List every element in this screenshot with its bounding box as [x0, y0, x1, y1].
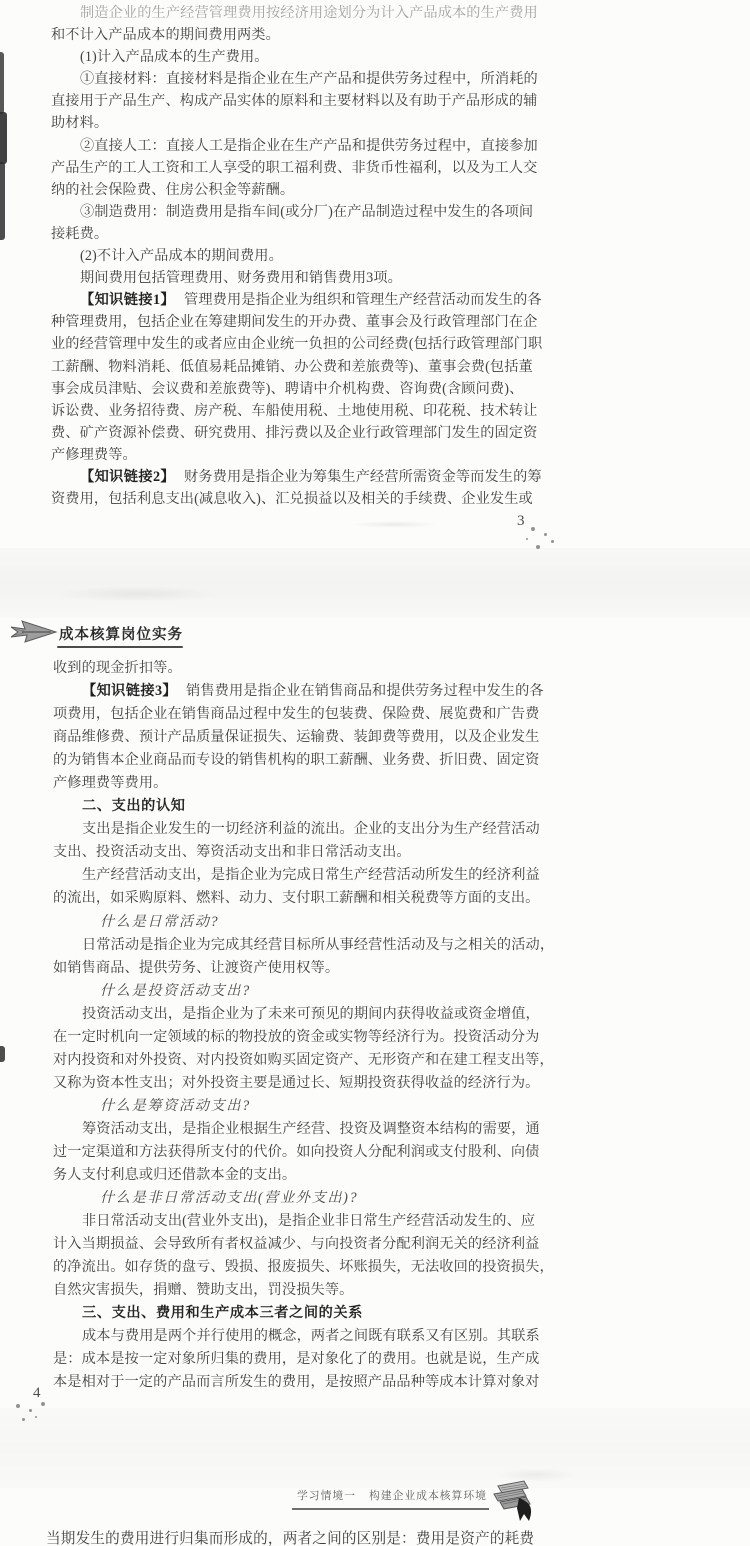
text-line: 的为销售本企业商品而专设的销售机构的职工薪酬、业务费、折旧费、固定资 [53, 749, 554, 772]
text-line: 投资活动支出，是指企业为了未来可预见的期间内获得收益或资金增值， [82, 1003, 554, 1026]
scan-edge-artifact [0, 52, 4, 114]
text-line: 项费用，包括企业在销售商品过程中发生的包装费、保险费、展览费和广告费 [53, 703, 554, 726]
text-line: 是：成本是按一定对象所归集的费用，是对象化了的费用。也就是说，生产成 [53, 1348, 554, 1371]
scan-smudge [52, 586, 222, 602]
scan-edge-artifact [0, 162, 5, 240]
page-4-text-block: 收到的现金折扣等。【知识链接3】销售费用是指企业在销售商品和提供劳务过程中发生的… [53, 657, 554, 1395]
page-3-text-block: 制造企业的生产经营管理费用按经济用途划分为计入产品成本的生产费用和不计入产品成本… [51, 2, 542, 510]
scan-smudge [350, 521, 438, 528]
scan-speckle [551, 540, 554, 543]
text-line: 和不计入产品成本的期间费用两类。 [51, 24, 542, 46]
scan-shadow-band [0, 548, 750, 618]
text-line: 制造企业的生产经营管理费用按经济用途划分为计入产品成本的生产费用 [80, 2, 542, 24]
text-line: 又称为资本性支出；对外投资主要是通过长、短期投资获得收益的经济行为。 [53, 1072, 554, 1095]
scan-speckle [531, 527, 535, 531]
text-line: 什么是筹资活动支出? [100, 1095, 554, 1118]
chapter-header-text: 学习情境一构建企业成本核算环境 [297, 1488, 487, 1503]
text-line: 产修理费等费用。 [53, 772, 554, 795]
text-line: 期间费用包括管理费用、财务费用和销售费用3项。 [80, 267, 542, 289]
scan-speckle [544, 533, 547, 536]
text-line: 收到的现金折扣等。 [53, 657, 554, 680]
text-line: 在一定时机向一定领域的标的物投放的资金或实物等经济行为。投资活动分为 [53, 1026, 554, 1049]
text-line: 三、支出、费用和生产成本三者之间的关系 [82, 1302, 554, 1325]
running-header-title: 成本核算岗位实务 [59, 623, 183, 644]
text-line: 的流出，如采购原料、燃料、动力、支付职工薪酬和相关税费等方面的支出。 [53, 887, 554, 910]
scan-speckle [29, 1409, 32, 1412]
scan-speckle [22, 1418, 25, 1421]
text-line: 本是相对于一定的产品而言所发生的费用，是按照产品品种等成本计算对象对 [53, 1371, 554, 1394]
text-line: 什么是投资活动支出? [100, 980, 554, 1003]
scan-speckle [41, 1402, 45, 1406]
page-number-3: 3 [517, 513, 525, 530]
text-line: ②直接人工：直接人工是指企业在生产产品和提供劳务过程中，直接参加 [80, 135, 542, 157]
text-line: 接耗费。 [51, 223, 542, 245]
scanned-book-page: 制造企业的生产经营管理费用按经济用途划分为计入产品成本的生产费用和不计入产品成本… [0, 0, 750, 1546]
text-line: ③制造费用：制造费用是指车间(或分厂)在产品制造过程中发生的各项间 [80, 201, 542, 223]
text-line: 日常活动是指企业为完成其经营目标所从事经营性活动及与之相关的活动， [82, 934, 554, 957]
text-line: 【知识链接3】销售费用是指企业在销售商品和提供劳务过程中发生的各 [82, 680, 554, 703]
scan-speckle [35, 1416, 37, 1418]
text-line: 的净流出。如存货的盘亏、毁损、报废损失、坏账损失，无法收回的投资损失， [53, 1256, 554, 1279]
text-line: 诉讼费、业务招待费、房产税、车船使用税、土地使用税、印花税、技术转让 [51, 400, 542, 422]
text-line: 计入当期损益、会导致所有者权益减少、与向投资者分配利润无关的经济利益 [53, 1233, 554, 1256]
text-line: 自然灾害损失，捐赠、赞助支出，罚没损失等。 [53, 1279, 554, 1302]
text-line: 非日常活动支出(营业外支出)，是指企业非日常生产经营活动发生的、应 [82, 1210, 554, 1233]
text-line: 过一定渠道和方法获得所支付的代价。如向投资人分配利润或支付股利、向债 [53, 1141, 554, 1164]
text-line: 如销售商品、提供劳务、让渡资产使用权等。 [53, 957, 554, 980]
text-line: (2)不计入产品成本的期间费用。 [80, 245, 542, 267]
chapter-title: 构建企业成本核算环境 [369, 1490, 487, 1502]
scan-edge-artifact [0, 1046, 5, 1062]
scan-speckle [16, 1404, 20, 1408]
chapter-header-underline [292, 1508, 489, 1510]
text-line: 纳的社会保险费、住房公积金等薪酬。 [51, 179, 542, 201]
text-line: 产品生产的工人工资和工人享受的职工福利费、非货币性福利，以及为工人交 [51, 157, 542, 179]
text-line: 对内投资和对外投资、对内投资如购买固定资产、无形资产和在建工程支出等， [53, 1049, 554, 1072]
scan-speckle [536, 545, 540, 549]
knowledge-link-label: 【知识链接2】 [80, 469, 175, 485]
text-line: 支出、投资活动支出、筹资活动支出和非日常活动支出。 [53, 841, 554, 864]
knowledge-link-label: 【知识链接3】 [82, 683, 177, 699]
text-line: 助材料。 [51, 112, 542, 134]
scan-shadow-band [0, 1408, 750, 1488]
text-line: 商品维修费、预计产品质量保证损失、运输费、装卸费等费用，以及企业发生 [53, 726, 554, 749]
text-line: 产修理费等。 [51, 444, 542, 466]
text-line: 筹资活动支出，是指企业根据生产经营、投资及调整资本结构的需要，通 [82, 1118, 554, 1141]
text-line: 什么是非日常活动支出(营业外支出)? [100, 1187, 554, 1210]
text-line: 种管理费用，包括企业在筹建期间发生的开办费、董事会及行政管理部门在企 [51, 311, 542, 333]
scan-speckle [526, 538, 528, 540]
text-line: 生产经营活动支出，是指企业为完成日常生产经营活动所发生的经济利益 [82, 864, 554, 887]
text-line: 直接用于产品生产、构成产品实体的原料和主要材料以及有助于产品形成的辅 [51, 90, 542, 112]
page-number-4: 4 [33, 1385, 41, 1402]
text-line: 二、支出的认知 [82, 795, 554, 818]
text-line: 资费用，包括利息支出(减息收入)、汇兑损益以及相关的手续费、企业发生或 [51, 488, 542, 510]
page-4-running-header: 成本核算岗位实务 [0, 616, 260, 650]
text-line: 务人支付利息或归还借款本金的支出。 [53, 1164, 554, 1187]
scan-edge-artifact [0, 112, 7, 164]
text-line: 工薪酬、物料消耗、低值易耗品摊销、办公费和差旅费等)、董事会费(包括董 [51, 356, 542, 378]
books-arrow-icon [489, 1479, 543, 1525]
header-underline [57, 646, 183, 648]
page-5-first-line: 当期发生的费用进行归集而形成的，两者之间的区别是：费用是资产的耗费 [46, 1527, 534, 1546]
text-line: 什么是日常活动? [100, 911, 554, 934]
text-line: 费、矿产资源补偿费、研究费用、排污费以及企业行政管理部门发生的固定资 [51, 422, 542, 444]
text-line: 【知识链接2】财务费用是指企业为筹集生产经营所需资金等而发生的筹 [80, 466, 542, 488]
text-line: (1)计入产品成本的生产费用。 [80, 46, 542, 68]
text-line: 支出是指企业发生的一切经济利益的流出。企业的支出分为生产经营活动 [82, 818, 554, 841]
knowledge-link-label: 【知识链接1】 [80, 292, 175, 308]
text-line: 业的经营管理中发生的或者应由企业统一负担的公司经费(包括行政管理部门职 [51, 333, 542, 355]
chapter-header: 学习情境一构建企业成本核算环境 [0, 1478, 750, 1528]
text-line: 事会成员津贴、会议费和差旅费等)、聘请中介机构费、咨询费(含顾问费)、 [51, 378, 542, 400]
arrow-icon [11, 618, 59, 646]
text-line: 【知识链接1】管理费用是指企业为组织和管理生产经营活动而发生的各 [80, 289, 542, 311]
text-line: 成本与费用是两个并行使用的概念，两者之间既有联系又有区别。其联系 [82, 1325, 554, 1348]
text-line: ①直接材料：直接材料是指企业在生产产品和提供劳务过程中，所消耗的 [80, 68, 542, 90]
chapter-label: 学习情境一 [297, 1490, 356, 1502]
